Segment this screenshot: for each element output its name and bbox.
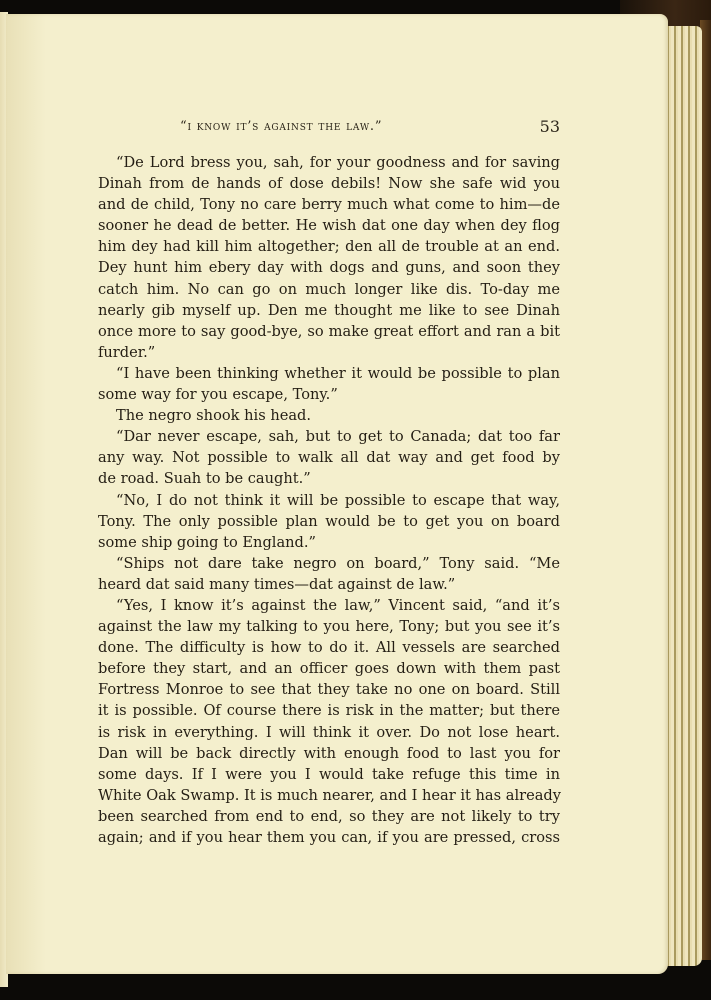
- text-line: Dinah from de hands of dose debils! Now …: [98, 173, 560, 194]
- text-line: once more to say good-bye, so make great…: [98, 321, 560, 342]
- text-line: de road. Suah to be caught.”: [98, 468, 560, 489]
- text-line: Fortress Monroe to see that they take no…: [98, 679, 560, 700]
- text-line: it is possible. Of course there is risk …: [98, 700, 560, 721]
- text-line: heard dat said many times—dat against de…: [98, 574, 560, 595]
- text-line: before they start, and an officer goes d…: [98, 658, 560, 679]
- text-line: White Oak Swamp. It is much nearer, and …: [98, 785, 560, 806]
- text-line: “I have been thinking whether it would b…: [98, 363, 560, 384]
- text-line: The negro shook his head.: [98, 405, 560, 426]
- text-line: against the law my talking to you here, …: [98, 616, 560, 637]
- text-line: “Dar never escape, sah, but to get to Ca…: [98, 426, 560, 447]
- text-line: some days. If I were you I would take re…: [98, 764, 560, 785]
- text-line: some way for you escape, Tony.”: [98, 384, 560, 405]
- text-line: sooner he dead de better. He wish dat on…: [98, 215, 560, 236]
- page-body-text: “De Lord bress you, sah, for your goodne…: [98, 152, 560, 848]
- text-line: Dey hunt him ebery day with dogs and gun…: [98, 257, 560, 278]
- text-line: “No, I do not think it will be possible …: [98, 490, 560, 511]
- running-head: “I KNOW IT’S AGAINST THE LAW.” 53: [90, 119, 560, 141]
- text-line: done. The difficulty is how to do it. Al…: [98, 637, 560, 658]
- text-line: again; and if you hear them you can, if …: [98, 827, 560, 848]
- text-line: and de child, Tony no care berry much wh…: [98, 194, 560, 215]
- page-number: 53: [540, 117, 560, 136]
- text-line: furder.”: [98, 342, 560, 363]
- book-scan: “I KNOW IT’S AGAINST THE LAW.” 53 “De Lo…: [0, 0, 711, 1000]
- text-line: some ship going to England.”: [98, 532, 560, 553]
- page-edges-stack: [664, 26, 702, 966]
- text-line: nearly gib myself up. Den me thought me …: [98, 300, 560, 321]
- text-line: “De Lord bress you, sah, for your goodne…: [98, 152, 560, 173]
- text-line: is risk in everything. I will think it o…: [98, 722, 560, 743]
- text-line: any way. Not possible to walk all dat wa…: [98, 447, 560, 468]
- text-line: “Yes, I know it’s against the law,” Vinc…: [98, 595, 560, 616]
- text-line: Dan will be back directly with enough fo…: [98, 743, 560, 764]
- text-line: him dey had kill him altogether; den all…: [98, 236, 560, 257]
- text-line: “Ships not dare take negro on board,” To…: [98, 553, 560, 574]
- text-line: catch him. No can go on much longer like…: [98, 279, 560, 300]
- text-line: Tony. The only possible plan would be to…: [98, 511, 560, 532]
- running-title: “I KNOW IT’S AGAINST THE LAW.”: [180, 119, 382, 134]
- text-line: been searched from end to end, so they a…: [98, 806, 560, 827]
